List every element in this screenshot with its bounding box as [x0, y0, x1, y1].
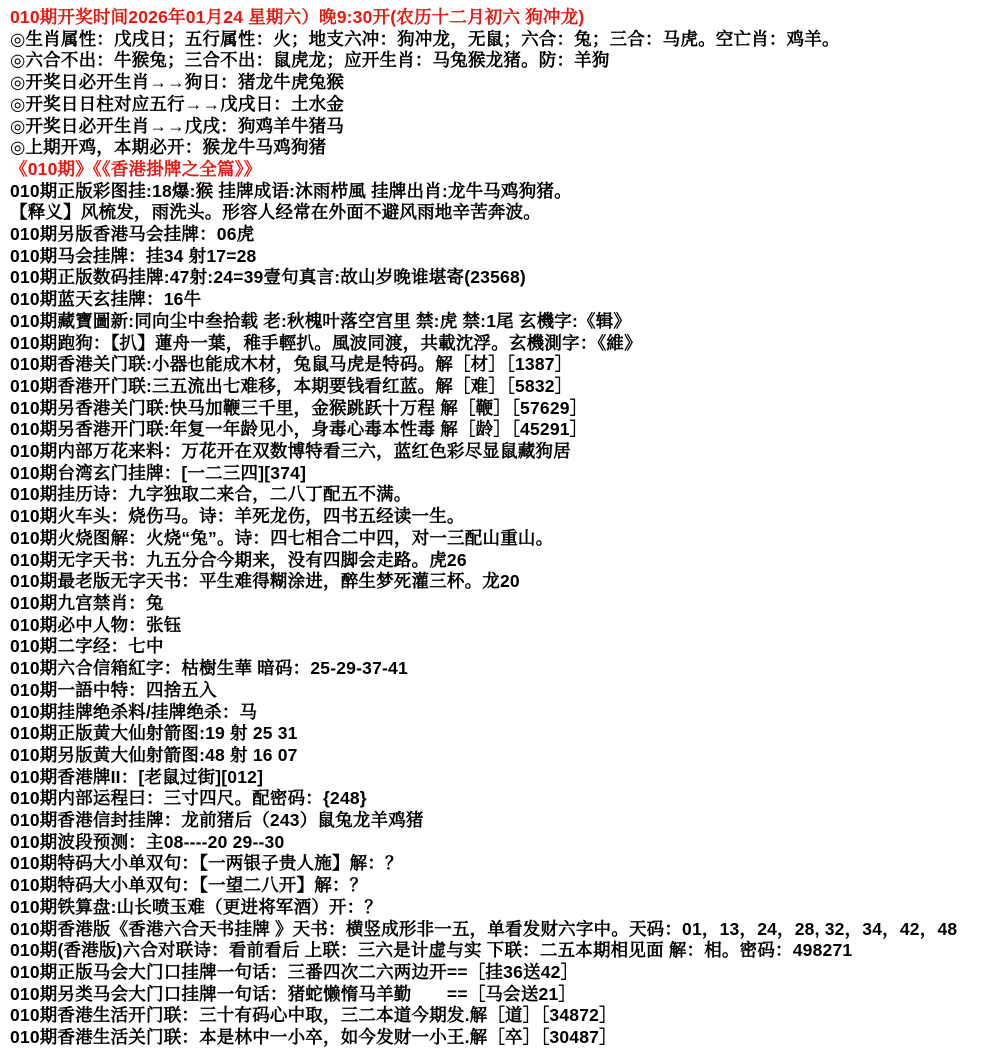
text-line-43: 010期香港版《香港六合天书挂牌 》天书：横竖成形非一五，单看发财六字中。天码：…	[10, 919, 994, 941]
text-line-17: 010期香港关门联:小器也能成木材，兔鼠马虎是特码。解［材］［1387］	[10, 354, 994, 376]
text-line-33: 010期挂牌绝杀料/挂牌绝杀：马	[10, 702, 994, 724]
text-line-31: 010期六合信箱紅字：枯樹生華 暗码：25-29-37-41	[10, 658, 994, 680]
text-line-36: 010期香港牌II：[老鼠过街][012]	[10, 767, 994, 789]
text-line-4: ◎开奖日必开生肖→→狗日：猪龙牛虎兔猴	[10, 72, 994, 94]
text-line-21: 010期内部万花来料：万花开在双数博特看三六，蓝红色彩尽显鼠藏狗居	[10, 441, 994, 463]
text-line-16: 010期跑狗：【扒】蓮舟一葉，稚手輕扒。風波同渡，共載沈浮。玄機測字：《維》	[10, 333, 994, 355]
text-line-1: 010期开奖时间2026年01月24 星期六）晚9:30开(农历十二月初六 狗冲…	[10, 7, 994, 29]
text-line-18: 010期香港开门联:三五流出七难移，本期要钱看红蓝。解［难］［5832］	[10, 376, 994, 398]
text-line-3: ◎六合不出：牛猴兔；三合不出：鼠虎龙；应开生肖：马兔猴龙猪。防：羊狗	[10, 50, 994, 72]
text-line-11: 010期另版香港马会挂牌：06虎	[10, 224, 994, 246]
text-line-45: 010期正版马会大门口挂牌一句话：三番四次二六两边开==［挂36送42］	[10, 962, 994, 984]
text-line-23: 010期挂历诗：九字独取二来合，二八丁配五不满。	[10, 484, 994, 506]
text-line-26: 010期无字天书：九五分合今期来，没有四脚会走路。虎26	[10, 550, 994, 572]
text-line-19: 010期另香港关门联:快马加鞭三千里，金猴跳跃十万程 解［鞭］［57629］	[10, 398, 994, 420]
text-line-25: 010期火烧图解：火烧“兔”。诗：四七相合二中四，对一三配山重山。	[10, 528, 994, 550]
text-line-7: ◎上期开鸡，本期必开：猴龙牛马鸡狗猪	[10, 137, 994, 159]
text-line-38: 010期香港信封挂牌：龙前猪后（243）鼠兔龙羊鸡猪	[10, 810, 994, 832]
text-line-13: 010期正版数码挂牌:47射:24=39壹句真言:故山岁晚谁堪寄(23568)	[10, 267, 994, 289]
text-line-12: 010期马会挂牌：挂34 射17=28	[10, 246, 994, 268]
text-line-39: 010期波段预测：主08----20 29--30	[10, 832, 994, 854]
text-line-30: 010期二字经：七中	[10, 636, 994, 658]
text-line-28: 010期九宫禁肖：兔	[10, 593, 994, 615]
text-line-14: 010期蓝天玄挂牌：16牛	[10, 289, 994, 311]
text-line-6: ◎开奖日必开生肖→→戊戌：狗鸡羊牛猪马	[10, 116, 994, 138]
text-line-44: 010期(香港版)六合对联诗：看前看后 上联：三六是计虚与实 下联：二五本期相见…	[10, 940, 994, 962]
text-line-8: 《010期》《《香港掛牌之全篇》》	[10, 159, 994, 181]
text-line-37: 010期内部运程曰：三寸四尺。配密码：{248}	[10, 788, 994, 810]
text-line-32: 010期一語中特：四捨五入	[10, 680, 994, 702]
text-line-29: 010期必中人物：张钰	[10, 615, 994, 637]
text-line-22: 010期台湾玄门挂牌：[一二三四][374]	[10, 463, 994, 485]
text-line-list: 010期开奖时间2026年01月24 星期六）晚9:30开(农历十二月初六 狗冲…	[10, 7, 994, 1049]
text-line-10: 【释义】风梳发，雨洗头。形容人经常在外面不避风雨地辛苦奔波。	[10, 202, 994, 224]
text-line-2: ◎生肖属性：戊戌日；五行属性：火；地支六冲：狗冲龙，无鼠；六合：兔；三合：马虎。…	[10, 29, 994, 51]
text-line-48: 010期香港生活关门联：本是林中一小卒，如今发财一小王.解［卒］［30487］	[10, 1027, 994, 1049]
text-line-20: 010期另香港开门联:年复一年龄见小，身毒心毒本性毒 解［龄］［45291］	[10, 419, 994, 441]
text-line-42: 010期铁算盘:山长喷玉难（更进将军酒）开：？	[10, 897, 994, 919]
text-line-41: 010期特码大小单双句：【一望二八开】解：？	[10, 875, 994, 897]
text-line-46: 010期另类马会大门口挂牌一句话：猪蛇懒惰马羊勤 ==［马会送21］	[10, 984, 994, 1006]
text-line-47: 010期香港生活开门联：三十有码心中取，三二本道今期发.解［道］［34872］	[10, 1005, 994, 1027]
text-line-9: 010期正版彩图挂:18爆:猴 挂牌成语:沐雨栉風 挂牌出肖:龙牛马鸡狗猪。	[10, 181, 994, 203]
text-line-5: ◎开奖日日柱对应五行→→戊戌日：土水金	[10, 94, 994, 116]
lottery-info-page: 010期开奖时间2026年01月24 星期六）晚9:30开(农历十二月初六 狗冲…	[0, 0, 1000, 1051]
text-line-34: 010期正版黄大仙射箭图:19 射 25 31	[10, 723, 994, 745]
text-line-27: 010期最老版无字天书：平生难得糊涂进，醉生梦死灌三杯。龙20	[10, 571, 994, 593]
text-line-40: 010期特码大小单双句：【一两银子贵人施】解：？	[10, 853, 994, 875]
text-line-15: 010期藏寶圖新:同向尘中叁拾载 老:秋槐叶落空宫里 禁:虎 禁:1尾 玄機字:…	[10, 311, 994, 333]
text-line-24: 010期火车头：烧伤马。诗：羊死龙伤，四书五经读一生。	[10, 506, 994, 528]
text-line-35: 010期另版黄大仙射箭图:48 射 16 07	[10, 745, 994, 767]
